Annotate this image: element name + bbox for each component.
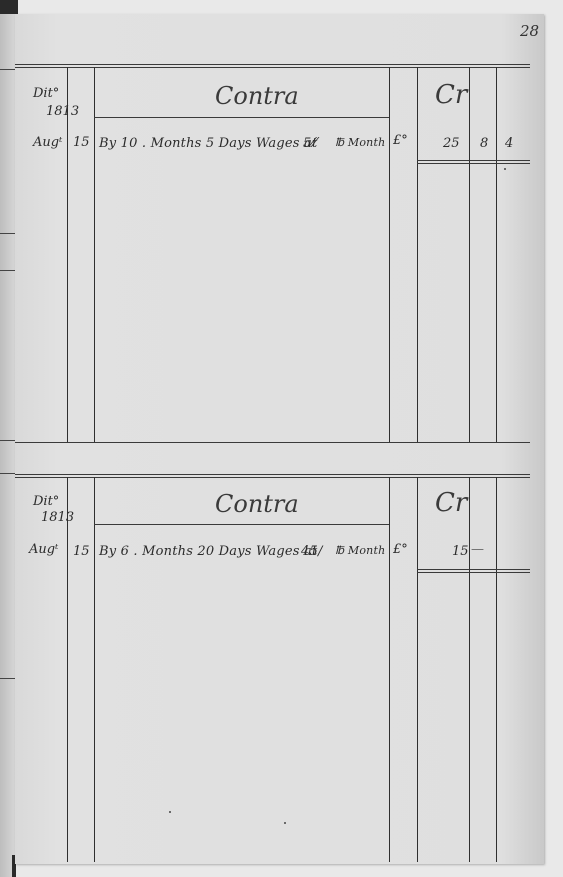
top-double-rule xyxy=(15,67,530,68)
entry-shillings: 8 xyxy=(480,136,488,151)
ink-spot xyxy=(284,822,286,824)
section-title: Contra xyxy=(215,490,299,518)
binding-shadow xyxy=(0,0,18,14)
book-spine-edge xyxy=(0,0,15,877)
edge-rule xyxy=(0,69,15,70)
entry-rate: 45/ xyxy=(301,544,323,559)
edge-rule xyxy=(0,440,15,441)
pence-column-rule xyxy=(496,67,497,442)
credit-label-text: Cr xyxy=(435,488,467,518)
entry-folio: £° xyxy=(393,542,408,557)
entry-rate: 5⁄⁄ xyxy=(303,136,316,151)
year: 1813 xyxy=(46,104,79,119)
section-end-rule xyxy=(15,442,530,443)
entry-pounds: 25 xyxy=(443,136,460,151)
day-column-rule xyxy=(94,67,95,442)
pence-column-rule xyxy=(496,477,497,862)
entry-per-month: ℔ Month xyxy=(335,544,385,557)
entry-pounds: 15 xyxy=(452,544,469,559)
total-double-rule xyxy=(417,163,530,164)
folio-column-rule xyxy=(389,67,390,442)
top-double-rule xyxy=(15,64,530,65)
edge-rule xyxy=(0,233,15,234)
credit-label: Cr xyxy=(435,488,467,518)
credit-label-text: Cr xyxy=(435,80,467,110)
date-column-rule xyxy=(67,477,68,862)
year: 1813 xyxy=(41,510,74,525)
total-double-rule xyxy=(417,569,530,570)
entry-pence: 4 xyxy=(505,136,513,151)
pounds-column-rule xyxy=(417,477,418,862)
edge-rule xyxy=(0,678,15,679)
section-title: Contra xyxy=(215,82,299,110)
entry-description: By 10 . Months 5 Days Wages at xyxy=(99,136,317,151)
top-double-rule xyxy=(15,477,530,478)
entry-per-month: ℔ Month xyxy=(335,136,385,149)
ink-spot xyxy=(169,811,171,813)
edge-rule xyxy=(0,270,15,271)
entry-description: By 6 . Months 20 Days Wages at xyxy=(99,544,317,559)
folio-column-rule xyxy=(389,477,390,862)
day-column-rule xyxy=(94,477,95,862)
entry-shillings: — xyxy=(471,542,484,557)
entry-folio: £° xyxy=(393,133,408,148)
top-double-rule xyxy=(15,474,530,475)
shillings-column-rule xyxy=(469,477,470,862)
edge-rule xyxy=(0,473,15,474)
header-underline xyxy=(94,117,389,118)
total-double-rule xyxy=(417,572,530,573)
entry-month: Augᵗ xyxy=(29,542,58,557)
total-double-rule xyxy=(417,160,530,161)
credit-label: Cr xyxy=(435,80,467,110)
year-label: Dit° xyxy=(33,86,59,101)
year-label: Dit° xyxy=(33,494,59,509)
ledger-page: 28 Dit° 1813 Contra Cr Augᵗ 15 By 10 . M… xyxy=(15,14,544,864)
entry-day: 15 xyxy=(73,135,90,150)
pounds-column-rule xyxy=(417,67,418,442)
shillings-column-rule xyxy=(469,67,470,442)
header-underline xyxy=(94,524,389,525)
page-number: 28 xyxy=(520,22,539,40)
date-column-rule xyxy=(67,67,68,442)
entry-day: 15 xyxy=(73,544,90,559)
entry-month: Augᵗ xyxy=(33,135,62,150)
ink-spot xyxy=(504,168,506,170)
